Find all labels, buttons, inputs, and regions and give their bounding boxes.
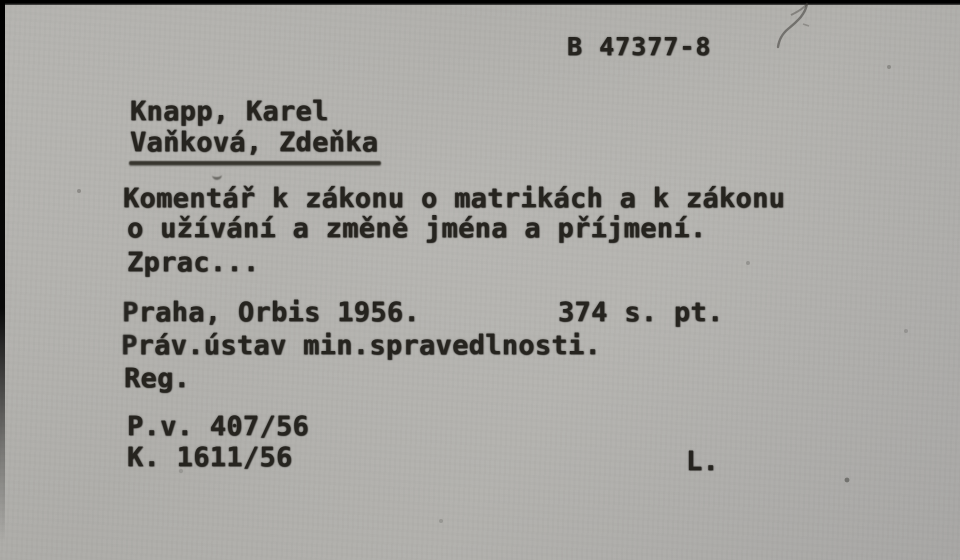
author-secondary: Vaňková, Zdeňka xyxy=(130,128,378,158)
collation: 374 s. pt. xyxy=(558,298,724,328)
imprint: Praha, Orbis 1956. xyxy=(122,298,420,328)
stray-hacek-mark xyxy=(212,172,222,181)
scan-edge-left xyxy=(0,0,5,560)
cataloguer-initial: L. xyxy=(686,447,719,477)
author-primary: Knapp, Karel xyxy=(130,97,329,127)
title-line-1: Komentář k zákonu o matrikách a k zákonu xyxy=(123,184,785,214)
pen-stroke-mark xyxy=(755,2,875,62)
title-line-2: o užívání a změně jména a příjmení. xyxy=(127,214,706,244)
pv-number: P.v. 407/56 xyxy=(127,412,309,442)
registry-note: Reg. xyxy=(124,364,190,394)
call-number: B 47377-8 xyxy=(567,32,711,62)
processing-note: Zprac... xyxy=(127,248,259,278)
author-underline xyxy=(129,161,381,165)
institution: Práv.ústav min.spravedlnosti. xyxy=(121,331,601,361)
paper-grain xyxy=(0,0,960,560)
catalog-card-scan: B 47377-8 Knapp, Karel Vaňková, Zdeňka K… xyxy=(0,0,960,560)
k-number: K. 1611/56 xyxy=(127,443,293,473)
